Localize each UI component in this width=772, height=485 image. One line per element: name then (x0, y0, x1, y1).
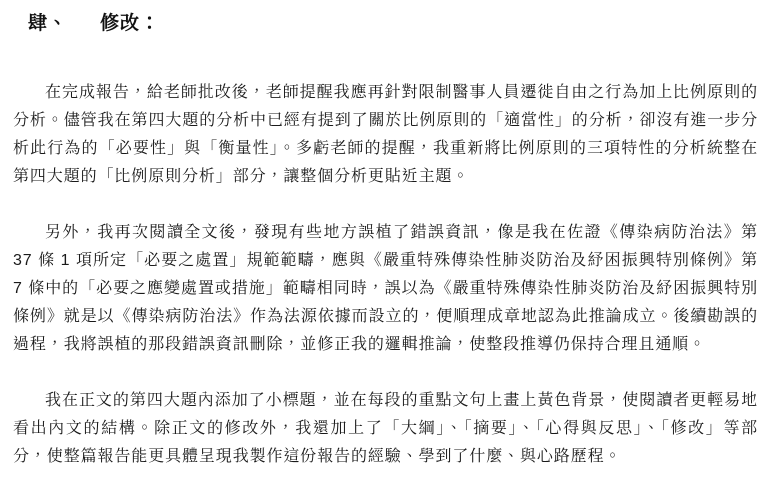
section-title-numeral: 肆、 (28, 13, 68, 34)
paragraph-1: 在完成報告，給老師批改後，老師提醒我應再針對限制醫事人員遷徙自由之行為加上比例原… (13, 79, 758, 191)
document-page: 肆、修改： 在完成報告，給老師批改後，老師提醒我應再針對限制醫事人員遷徙自由之行… (0, 0, 772, 485)
paragraph-3: 我在正文的第四大題內添加了小標題，並在每段的重點文句上畫上黃色背景，使閱讀者更輕… (13, 387, 758, 471)
section-title: 肆、修改： (28, 13, 758, 34)
section-title-label: 修改： (100, 13, 160, 34)
paragraph-2: 另外，我再次閱讀全文後，發現有些地方誤植了錯誤資訊，像是我在佐證《傳染病防治法》… (13, 219, 758, 359)
